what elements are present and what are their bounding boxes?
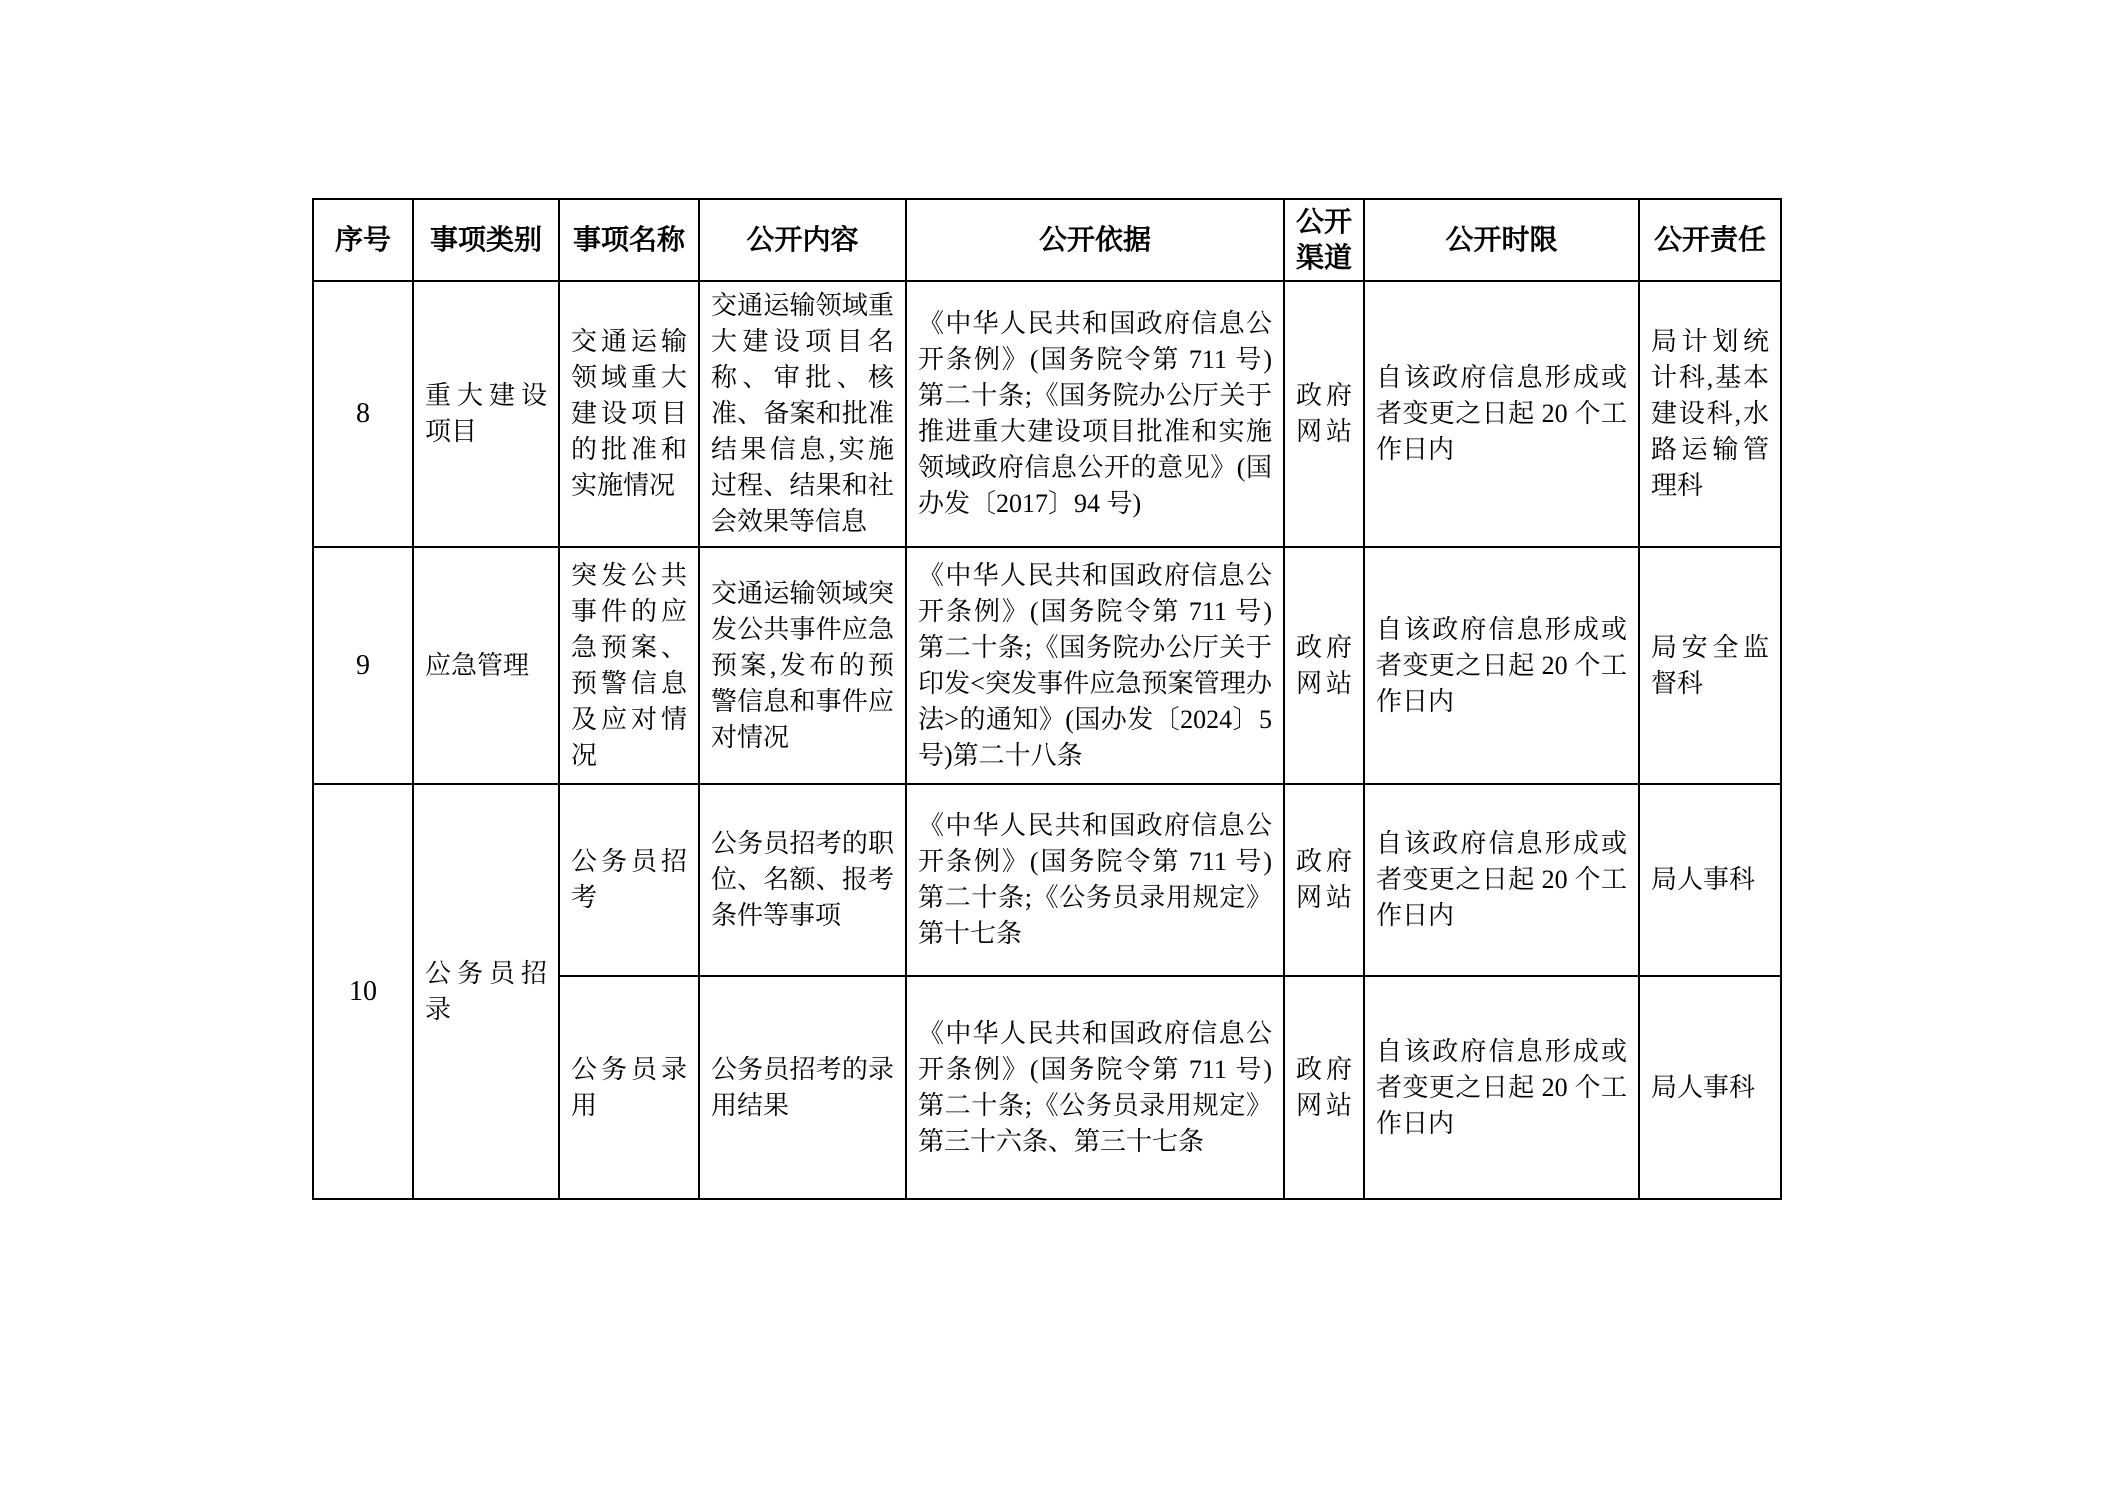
disclosure-items-table: 序号 事项类别 事项名称 公开内容 公开依据 公开渠道 公开时限 公开责任 8 … xyxy=(312,198,1782,1200)
header-responsibility: 公开责任 xyxy=(1639,199,1781,281)
row10a-responsibility: 局人事科 xyxy=(1639,784,1781,976)
header-channel: 公开渠道 xyxy=(1284,199,1364,281)
row10b-responsibility: 局人事科 xyxy=(1639,976,1781,1199)
row8-responsibility: 局计划统计科,基本建设科,水路运输管理科 xyxy=(1639,281,1781,547)
document-page: 序号 事项类别 事项名称 公开内容 公开依据 公开渠道 公开时限 公开责任 8 … xyxy=(0,0,2105,1487)
row10b-time-limit: 自该政府信息形成或者变更之日起 20 个工作日内 xyxy=(1364,976,1639,1199)
row8-category: 重大建设项目 xyxy=(413,281,559,547)
row9-time-limit: 自该政府信息形成或者变更之日起 20 个工作日内 xyxy=(1364,547,1639,784)
row9-item-name: 突发公共事件的应急预案、预警信息及应对情况 xyxy=(559,547,699,784)
row10a-content: 公务员招考的职位、名额、报考条件等事项 xyxy=(699,784,906,976)
header-index: 序号 xyxy=(313,199,413,281)
row9-responsibility: 局安全监督科 xyxy=(1639,547,1781,784)
header-basis: 公开依据 xyxy=(906,199,1284,281)
header-content: 公开内容 xyxy=(699,199,906,281)
table-row-8: 8 重大建设项目 交通运输领域重大建设项目的批准和实施情况 交通运输领域重大建设… xyxy=(313,281,1781,547)
header-item-name: 事项名称 xyxy=(559,199,699,281)
table-row-9: 9 应急管理 突发公共事件的应急预案、预警信息及应对情况 交通运输领域突发公共事… xyxy=(313,547,1781,784)
row10-index: 10 xyxy=(313,784,413,1199)
row8-item-name: 交通运输领域重大建设项目的批准和实施情况 xyxy=(559,281,699,547)
header-time-limit: 公开时限 xyxy=(1364,199,1639,281)
row9-index: 9 xyxy=(313,547,413,784)
table-header-row: 序号 事项类别 事项名称 公开内容 公开依据 公开渠道 公开时限 公开责任 xyxy=(313,199,1781,281)
row10b-channel: 政府网站 xyxy=(1284,976,1364,1199)
row10b-content: 公务员招考的录用结果 xyxy=(699,976,906,1199)
row8-content: 交通运输领域重大建设项目名称、审批、核准、备案和批准结果信息,实施过程、结果和社… xyxy=(699,281,906,547)
header-category: 事项类别 xyxy=(413,199,559,281)
row8-channel: 政府网站 xyxy=(1284,281,1364,547)
row10a-basis: 《中华人民共和国政府信息公开条例》(国务院令第 711 号)第二十条;《公务员录… xyxy=(906,784,1284,976)
row10a-item-name: 公务员招考 xyxy=(559,784,699,976)
row8-index: 8 xyxy=(313,281,413,547)
row10-category: 公务员招录 xyxy=(413,784,559,1199)
table-row-10a: 10 公务员招录 公务员招考 公务员招考的职位、名额、报考条件等事项 《中华人民… xyxy=(313,784,1781,976)
row9-channel: 政府网站 xyxy=(1284,547,1364,784)
row8-basis: 《中华人民共和国政府信息公开条例》(国务院令第 711 号)第二十条;《国务院办… xyxy=(906,281,1284,547)
row8-time-limit: 自该政府信息形成或者变更之日起 20 个工作日内 xyxy=(1364,281,1639,547)
row10a-time-limit: 自该政府信息形成或者变更之日起 20 个工作日内 xyxy=(1364,784,1639,976)
row10b-basis: 《中华人民共和国政府信息公开条例》(国务院令第 711 号)第二十条;《公务员录… xyxy=(906,976,1284,1199)
row9-category: 应急管理 xyxy=(413,547,559,784)
row10a-channel: 政府网站 xyxy=(1284,784,1364,976)
row9-basis: 《中华人民共和国政府信息公开条例》(国务院令第 711 号)第二十条;《国务院办… xyxy=(906,547,1284,784)
row10b-item-name: 公务员录用 xyxy=(559,976,699,1199)
row9-content: 交通运输领域突发公共事件应急预案,发布的预警信息和事件应对情况 xyxy=(699,547,906,784)
